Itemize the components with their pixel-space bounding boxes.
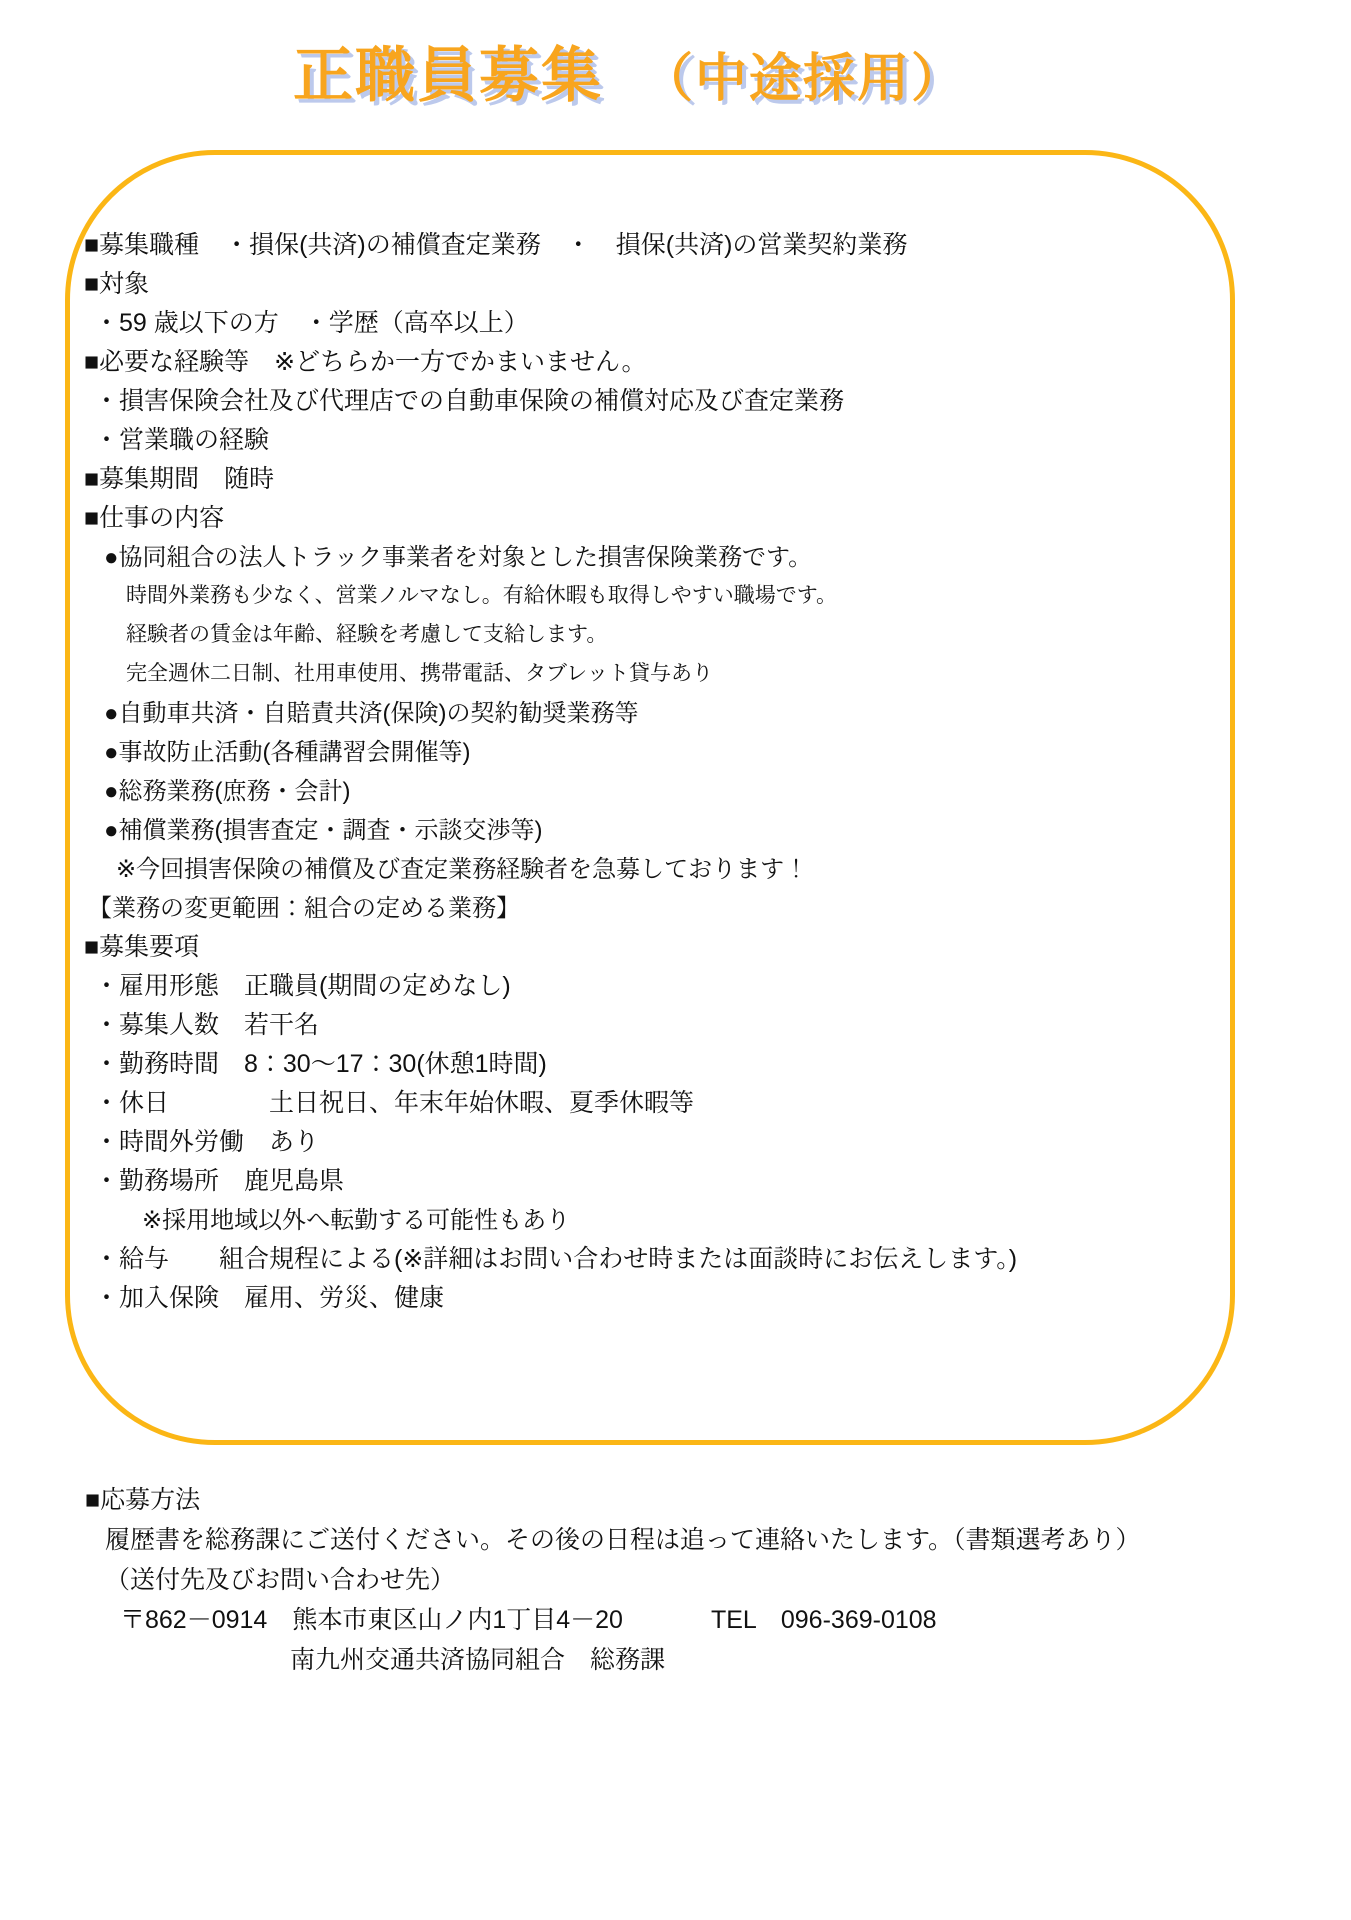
box-line: ■募集要項 <box>84 925 1200 964</box>
box-line: ・勤務場所 鹿児島県 <box>94 1159 1200 1198</box>
box-line: ・募集人数 若干名 <box>94 1003 1200 1042</box>
title-main: 正職員募集 <box>293 42 603 109</box>
application-section: ■応募方法 履歴書を総務課にご送付ください。その後の日程は追って連絡いたします。… <box>0 1478 1351 1678</box>
box-line: ●事故防止活動(各種講習会開催等) <box>104 730 1200 769</box>
box-line: ■必要な経験等 ※どちらか一方でかまいません。 <box>84 340 1200 379</box>
box-line: 【業務の変更範囲：組合の定める業務】 <box>88 886 1200 925</box>
postal-address: 〒862－0914 熊本市東区山ノ内1丁目4－20 <box>120 1600 623 1636</box>
box-line: ・時間外労働 あり <box>94 1120 1200 1159</box>
box-line: ・給与 組合規程による(※詳細はお問い合わせ時または面談時にお伝えします。) <box>94 1237 1200 1276</box>
title-sub: （中途採用） <box>641 50 965 108</box>
box-line: 経験者の賃金は年齢、経験を考慮して支給します。 <box>126 613 1200 652</box>
box-line: 完全週休二日制、社用車使用、携帯電話、タブレット貸与あり <box>126 652 1200 691</box>
box-line: ■募集職種 ・損保(共済)の補償査定業務 ・ 損保(共済)の営業契約業務 <box>84 223 1200 262</box>
organization-name: 南九州交通共済協同組合 総務課 <box>290 1640 665 1676</box>
box-line: ●協同組合の法人トラック事業者を対象とした損害保険業務です。 <box>104 535 1200 574</box>
box-line: ※採用地域以外へ転勤する可能性もあり <box>142 1198 1200 1237</box>
box-line: ・59 歳以下の方 ・学歴（高卒以上） <box>94 301 1200 340</box>
box-line: ※今回損害保険の補償及び査定業務経験者を急募しております！ <box>116 847 1200 886</box>
box-line: ■対象 <box>84 262 1200 301</box>
job-details-box: ■募集職種 ・損保(共済)の補償査定業務 ・ 損保(共済)の営業契約業務■対象・… <box>65 150 1235 1445</box>
box-line: ・損害保険会社及び代理店での自動車保険の補償対応及び査定業務 <box>94 379 1200 418</box>
contact-label: （送付先及びお問い合わせ先） <box>105 1558 1351 1598</box>
box-line: ・営業職の経験 <box>94 418 1200 457</box>
application-instruction: 履歴書を総務課にご送付ください。その後の日程は追って連絡いたします。（書類選考あ… <box>105 1518 1351 1558</box>
box-line: 時間外業務も少なく、営業ノルマなし。有給休暇も取得しやすい職場です。 <box>126 574 1200 613</box>
box-line: ・勤務時間 8：30～17：30(休憩1時間) <box>94 1042 1200 1081</box>
box-line: ・雇用形態 正職員(期間の定めなし) <box>94 964 1200 1003</box>
box-line: ●総務業務(庶務・会計) <box>104 769 1200 808</box>
box-line: ■仕事の内容 <box>84 496 1200 535</box>
phone-number: TEL 096-369-0108 <box>711 1600 937 1636</box>
job-posting-page: 正職員募集（中途採用） ■募集職種 ・損保(共済)の補償査定業務 ・ 損保(共済… <box>0 0 1351 1920</box>
organization-row: 南九州交通共済協同組合 総務課 <box>0 1638 1351 1678</box>
box-line: ・休日 土日祝日、年末年始休暇、夏季休暇等 <box>94 1081 1200 1120</box>
address-row: 〒862－0914 熊本市東区山ノ内1丁目4－20 TEL 096-369-01… <box>0 1598 1351 1638</box>
application-heading: ■応募方法 <box>85 1478 1351 1518</box>
box-line: ●補償業務(損害査定・調査・示談交渉等) <box>104 808 1200 847</box>
box-line: ●自動車共済・自賠責共済(保険)の契約勧奨業務等 <box>104 691 1200 730</box>
page-title: 正職員募集（中途採用） <box>0 0 1351 114</box>
box-line: ・加入保険 雇用、労災、健康 <box>94 1276 1200 1315</box>
box-line: ■募集期間 随時 <box>84 457 1200 496</box>
